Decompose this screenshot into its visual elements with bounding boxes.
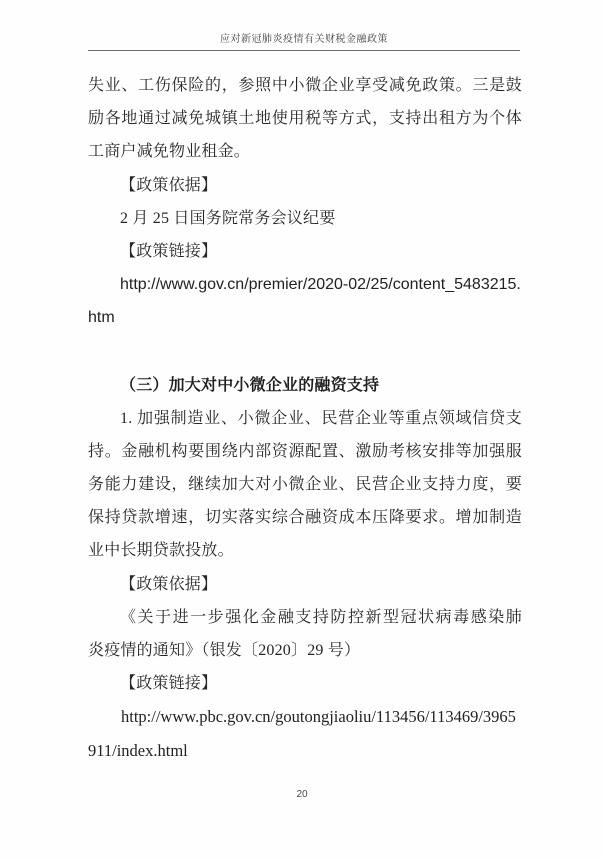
- policy-link-url: http://www.gov.cn/premier/2020-02/25/con…: [88, 268, 522, 301]
- document-body: 失业、工伤保险的，参照中小微企业享受减免政策。三是鼓 励各地通过减免城镇土地使用…: [88, 69, 522, 767]
- running-header-title: 应对新冠肺炎疫情有关财税金融政策: [88, 33, 520, 51]
- paragraph-line: 务能力建设，继续加大对小微企业、民营企业支持力度，要: [88, 468, 522, 501]
- policy-basis-text: 2 月 25 日国务院常务会议纪要: [88, 202, 522, 235]
- policy-basis-document-title-continued: 炎疫情的通知》（银发〔2020〕29 号）: [88, 634, 522, 667]
- paragraph-line: 失业、工伤保险的，参照中小微企业享受减免政策。三是鼓: [88, 69, 522, 102]
- policy-link-url-continued: htm: [88, 301, 522, 334]
- policy-link-url-continued: 911/index.html: [88, 734, 522, 767]
- document-page: 应对新冠肺炎疫情有关财税金融政策 失业、工伤保险的，参照中小微企业享受减免政策。…: [0, 0, 604, 859]
- paragraph-line: 保持贷款增速，切实落实综合融资成本压降要求。增加制造: [88, 501, 522, 534]
- policy-basis-label: 【政策依据】: [88, 568, 522, 601]
- paragraph-line: 励各地通过减免城镇土地使用税等方式，支持出租方为个体: [88, 102, 522, 135]
- paragraph-line: 工商户减免物业租金。: [88, 135, 522, 168]
- paragraph-line: 持。金融机构要围绕内部资源配置、激励考核安排等加强服: [88, 435, 522, 468]
- policy-basis-label: 【政策依据】: [88, 169, 522, 202]
- paragraph-line: 业中长期贷款投放。: [88, 534, 522, 567]
- section-heading: （三）加大对中小微企业的融资支持: [88, 369, 522, 402]
- page-number: 20: [0, 789, 604, 800]
- policy-link-label: 【政策链接】: [88, 667, 522, 700]
- policy-basis-document-title: 《关于进一步强化金融支持防控新型冠状病毒感染肺: [88, 601, 522, 634]
- policy-link-url: http://www.pbc.gov.cn/goutongjiaoliu/113…: [88, 700, 522, 733]
- policy-link-label: 【政策链接】: [88, 235, 522, 268]
- paragraph-line: 1. 加强制造业、小微企业、民营企业等重点领域信贷支: [88, 402, 522, 435]
